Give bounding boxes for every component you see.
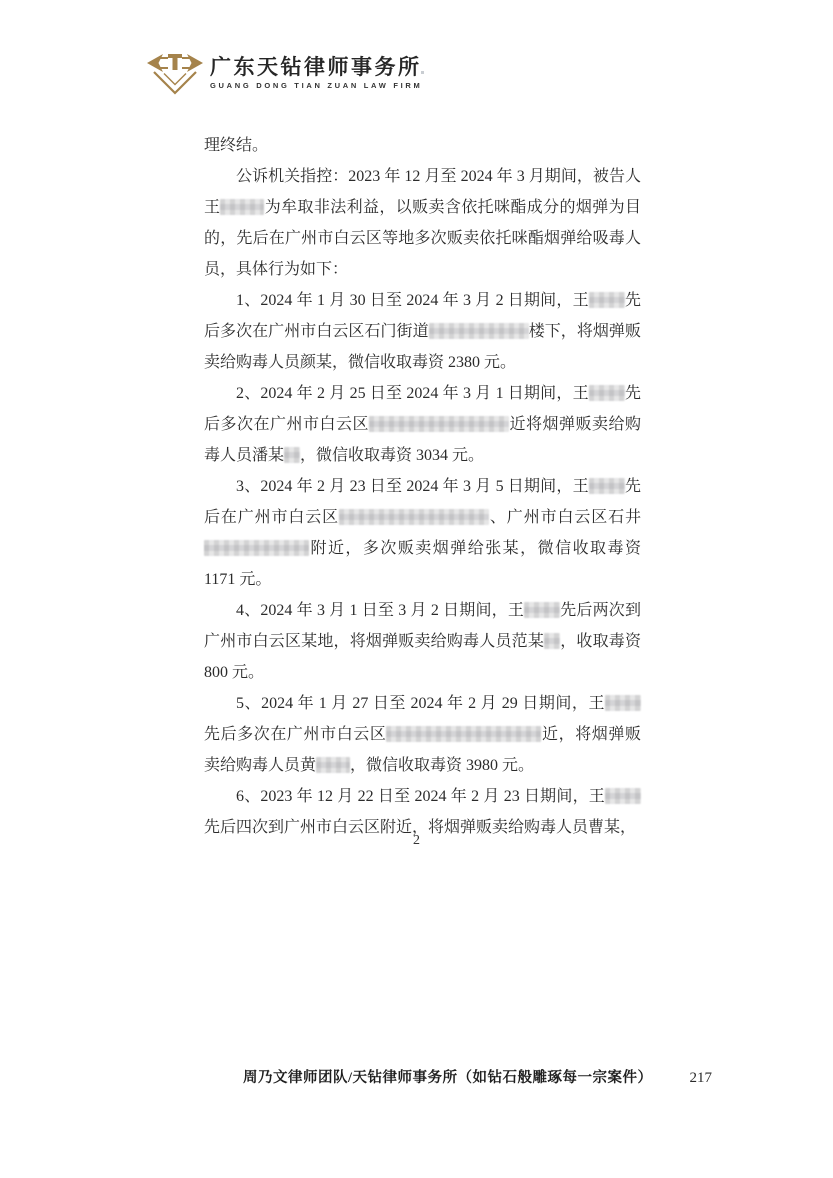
paragraph-text: 2、2024 年 2 月 25 日至 2024 年 3 月 1 日期间，王 [236,385,589,402]
redacted-text [220,199,264,215]
paragraph-text: 3、2024 年 2 月 23 日至 2024 年 3 月 5 日期间，王 [236,478,589,495]
document-paragraph: 4、2024 年 3 月 1 日至 3 月 2 日期间，王先后两次到广州市白云区… [204,595,641,688]
document-paragraph: 5、2024 年 1 月 27 日至 2024 年 2 月 29 日期间，王先后… [204,688,641,781]
redacted-text [284,447,300,463]
redacted-text [605,788,641,804]
redacted-text [605,695,641,711]
paragraph-text: ，微信收取毒资 3034 元。 [300,447,484,464]
redacted-text [589,478,625,494]
page-number: 2 [0,833,833,849]
document-paragraph: 3、2024 年 2 月 23 日至 2024 年 3 月 5 日期间，王先后在… [204,471,641,595]
redacted-text [339,509,489,525]
document-paragraph: 公诉机关指控：2023 年 12 月至 2024 年 3 月期间，被告人王为牟取… [204,161,641,285]
paragraph-text: 先后多次在广州市白云区 [204,726,386,743]
paragraph-text: 6、2023 年 12 月 22 日至 2024 年 2 月 23 日期间，王 [236,788,605,805]
redacted-text [204,540,309,556]
document-paragraph: 1、2024 年 1 月 30 日至 2024 年 3 月 2 日期间，王先后多… [204,285,641,378]
paragraph-text: 、广州市白云区石井 [489,509,641,526]
redacted-text [316,757,350,773]
redacted-text [544,633,560,649]
paragraph-text: ，微信收取毒资 3980 元。 [350,757,534,774]
scan-artifact-dot [421,71,424,74]
footer-folio-number: 217 [690,1070,713,1087]
redacted-text [589,292,625,308]
diamond-T-logo-icon [146,50,204,95]
page-footer: 周乃文律师团队/天钻律师事务所（如钻石般雕琢每一宗案件） 217 [243,1066,712,1087]
paragraph-text: 理终结。 [204,137,268,154]
redacted-text [386,726,541,742]
firm-name-english: GUANG DONG TIAN ZUAN LAW FIRM [210,81,422,90]
document-paragraph: 理终结。 [204,130,641,161]
document-page: 广东天钻律师事务所 GUANG DONG TIAN ZUAN LAW FIRM … [0,0,833,1178]
firm-name-block: 广东天钻律师事务所 GUANG DONG TIAN ZUAN LAW FIRM [210,56,422,90]
footer-firm-slogan: 周乃文律师团队/天钻律师事务所（如钻石般雕琢每一宗案件） [243,1066,653,1087]
redacted-text [589,385,625,401]
document-paragraph: 2、2024 年 2 月 25 日至 2024 年 3 月 1 日期间，王先后多… [204,378,641,471]
firm-name-chinese: 广东天钻律师事务所 [210,56,422,80]
paragraph-text: 为牟取非法利益，以贩卖含依托咪酯成分的烟弹为目的，先后在广州市白云区等地多次贩卖… [204,199,641,278]
redacted-text [429,323,529,339]
paragraph-text: 4、2024 年 3 月 1 日至 3 月 2 日期间，王 [236,602,524,619]
redacted-text [369,416,509,432]
paragraph-text: 5、2024 年 1 月 27 日至 2024 年 2 月 29 日期间，王 [236,695,605,712]
document-body: 理终结。公诉机关指控：2023 年 12 月至 2024 年 3 月期间，被告人… [204,130,641,843]
redacted-text [524,602,560,618]
paragraph-text: 1、2024 年 1 月 30 日至 2024 年 3 月 2 日期间，王 [236,292,589,309]
law-firm-letterhead: 广东天钻律师事务所 GUANG DONG TIAN ZUAN LAW FIRM [146,50,422,95]
